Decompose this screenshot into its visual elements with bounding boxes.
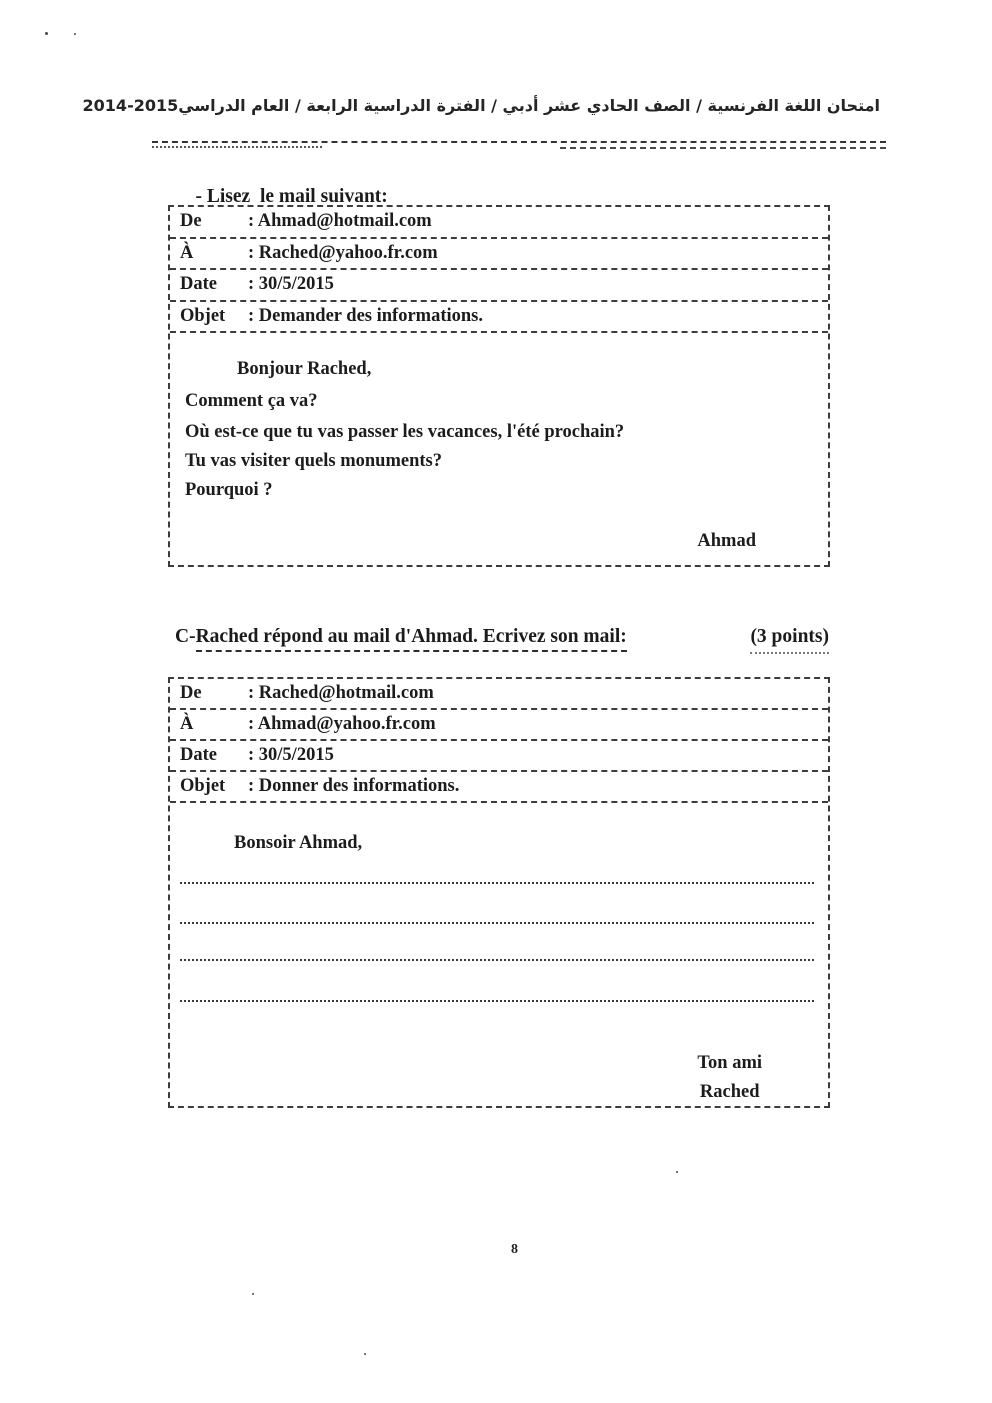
- page-number: 8: [511, 1242, 518, 1258]
- objet-label: Objet: [180, 776, 248, 797]
- email2-greeting: Bonsoir Ahmad,: [234, 833, 362, 854]
- answer-dotted-line: [180, 959, 814, 961]
- email2-signature: Ton ami Rached: [697, 1049, 762, 1107]
- scan-speck: [676, 1171, 678, 1173]
- header-divider-secondary: [560, 147, 886, 149]
- date-label: Date: [180, 745, 248, 766]
- a-value: : Rached@yahoo.fr.com: [248, 243, 438, 264]
- email1-body-line: Où est-ce que tu vas passer les vacances…: [185, 422, 624, 443]
- email-2-box: De : Rached@hotmail.com À : Ahmad@yahoo.…: [168, 677, 830, 1108]
- objet-value: : Demander des informations.: [248, 306, 483, 327]
- email2-signature-line1: Ton ami: [697, 1049, 762, 1078]
- section-c-prefix: C-: [175, 626, 196, 647]
- answer-dotted-line: [180, 1000, 814, 1002]
- email1-row-objet: Objet : Demander des informations.: [170, 302, 828, 334]
- email1-body-line: Pourquoi ?: [185, 480, 273, 501]
- email-1-box: De : Ahmad@hotmail.com À : Rached@yahoo.…: [168, 205, 830, 567]
- header-divider: [152, 141, 886, 143]
- objet-label: Objet: [180, 306, 248, 327]
- date-value: : 30/5/2015: [248, 274, 334, 295]
- arabic-header-line: امتحان اللغة الفرنسية / الصف الحادي عشر …: [145, 96, 880, 115]
- email1-row-de: De : Ahmad@hotmail.com: [170, 207, 828, 239]
- de-label: De: [180, 211, 248, 232]
- answer-dotted-line: [180, 882, 814, 884]
- email1-body-line: Tu vas visiter quels monuments?: [185, 451, 442, 472]
- de-label: De: [180, 683, 248, 704]
- email1-row-date: Date : 30/5/2015: [170, 270, 828, 302]
- header-divider-dotted: [152, 146, 322, 148]
- email2-signature-line2: Rached: [697, 1078, 762, 1107]
- section-c-title-group: C-Rached répond au mail d'Ahmad. Ecrivez…: [175, 626, 627, 654]
- a-label: À: [180, 714, 248, 735]
- objet-value: : Donner des informations.: [248, 776, 459, 797]
- email1-body-line: Comment ça va?: [185, 391, 318, 412]
- de-value: : Rached@hotmail.com: [248, 683, 434, 704]
- email2-row-de: De : Rached@hotmail.com: [170, 679, 828, 710]
- email1-signature: Ahmad: [697, 531, 756, 552]
- a-value: : Ahmad@yahoo.fr.com: [248, 714, 436, 735]
- email1-greeting: Bonjour Rached,: [237, 359, 371, 380]
- date-label: Date: [180, 274, 248, 295]
- email2-body: Bonsoir Ahmad, Ton ami Rached: [170, 803, 828, 1108]
- scan-speck: [364, 1353, 366, 1355]
- email2-row-a: À : Ahmad@yahoo.fr.com: [170, 710, 828, 741]
- email2-row-date: Date : 30/5/2015: [170, 741, 828, 772]
- section-c-heading: C-Rached répond au mail d'Ahmad. Ecrivez…: [175, 626, 829, 654]
- email2-row-objet: Objet : Donner des informations.: [170, 772, 828, 803]
- scan-speck: [252, 1293, 254, 1295]
- email1-body: Bonjour Rached, Comment ça va? Où est-ce…: [170, 333, 828, 567]
- section-c-title: Rached répond au mail d'Ahmad. Ecrivez s…: [196, 626, 627, 652]
- date-value: : 30/5/2015: [248, 745, 334, 766]
- scan-speck: [45, 32, 48, 35]
- de-value: : Ahmad@hotmail.com: [248, 211, 432, 232]
- section-c-points: (3 points): [750, 626, 829, 654]
- a-label: À: [180, 243, 248, 264]
- email1-row-a: À : Rached@yahoo.fr.com: [170, 239, 828, 271]
- answer-dotted-line: [180, 922, 814, 924]
- scan-speck: [74, 33, 76, 35]
- heading-dash: -: [196, 186, 207, 207]
